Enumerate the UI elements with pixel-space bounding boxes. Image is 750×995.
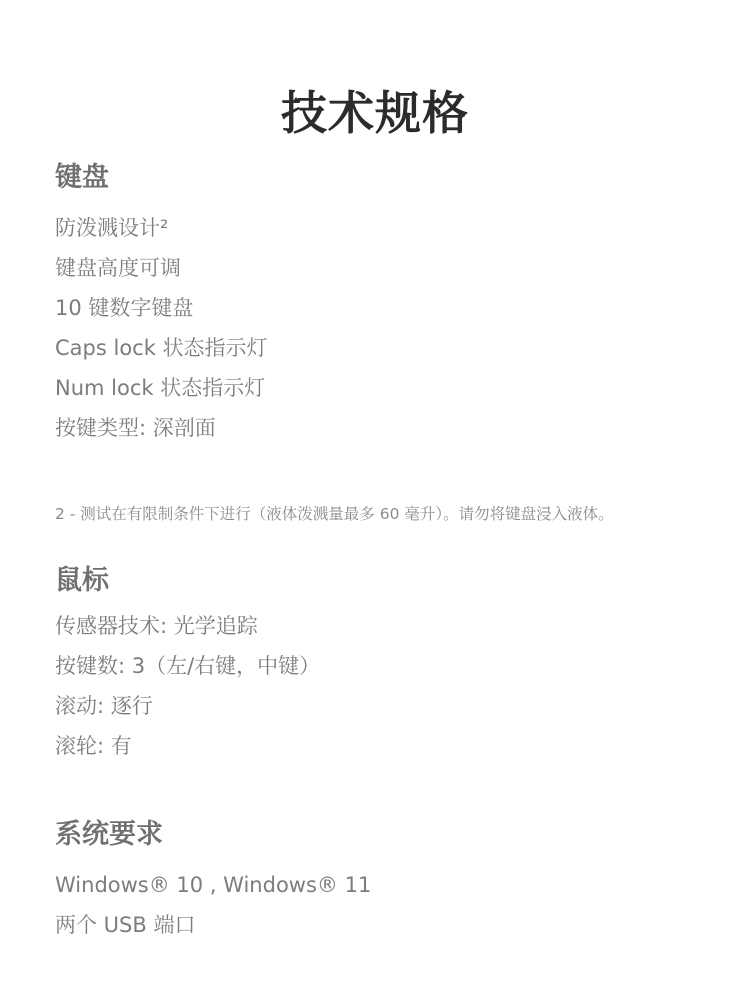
spec-item: 防泼溅设计²: [55, 208, 268, 248]
spec-item: 滚动: 逐行: [55, 686, 320, 726]
footnote: 2 - 测试在有限制条件下进行（液体泼溅量最多 60 毫升）。请勿将键盘浸入液体…: [55, 502, 614, 526]
spec-item: 传感器技术: 光学追踪: [55, 606, 320, 646]
section-heading-system: 系统要求: [55, 817, 163, 853]
spec-item: Num lock 状态指示灯: [55, 368, 268, 408]
system-spec-list: Windows® 10 , Windows® 11 两个 USB 端口: [55, 865, 371, 945]
page-title: 技术规格: [0, 81, 750, 145]
spec-item: Windows® 10 , Windows® 11: [55, 865, 371, 905]
keyboard-spec-list: 防泼溅设计² 键盘高度可调 10 键数字键盘 Caps lock 状态指示灯 N…: [55, 208, 268, 448]
spec-item: 滚轮: 有: [55, 726, 320, 766]
spec-item: 10 键数字键盘: [55, 288, 268, 328]
spec-item: 按键类型: 深剖面: [55, 408, 268, 448]
mouse-spec-list: 传感器技术: 光学追踪 按键数: 3（左/右键，中键） 滚动: 逐行 滚轮: 有: [55, 606, 320, 766]
spec-item: Caps lock 状态指示灯: [55, 328, 268, 368]
spec-item: 两个 USB 端口: [55, 905, 371, 945]
spec-item: 按键数: 3（左/右键，中键）: [55, 646, 320, 686]
section-heading-mouse: 鼠标: [55, 563, 109, 599]
section-heading-keyboard: 键盘: [55, 160, 109, 196]
spec-item: 键盘高度可调: [55, 248, 268, 288]
